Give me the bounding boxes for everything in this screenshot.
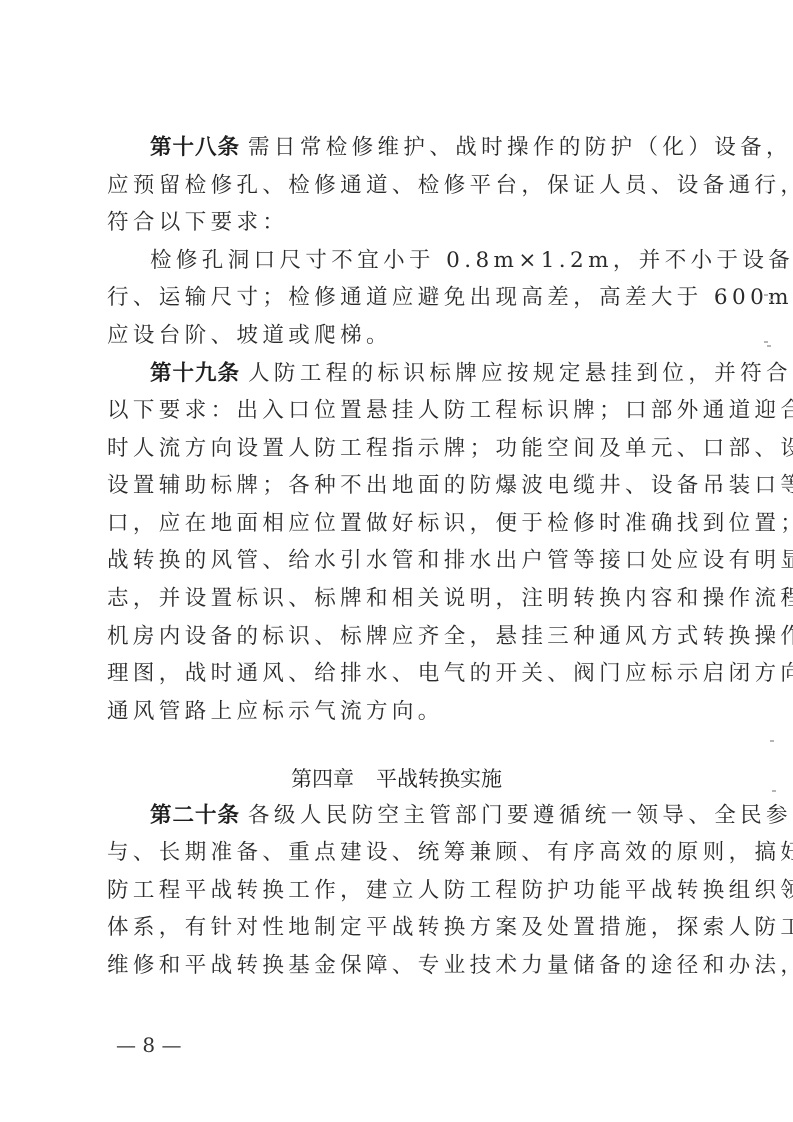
article-18-detail-line-1: 检修孔洞口尺寸不宜小于 0.8m×1.2m，并不小于设备最小通 xyxy=(150,246,697,276)
article-20-line-4: 体系，有针对性地制定平战转换方案及处置措施，探索人防工程 xyxy=(107,913,697,943)
article-20-label: 第二十条 xyxy=(150,803,240,828)
article-18-line-1: 第十八条需日常检修维护、战时操作的防护（化）设备， xyxy=(150,133,697,163)
article-19-line-9: 理图，战时通风、给排水、电气的开关、阀门应标示启闭方向， xyxy=(107,659,697,689)
document-page: 第十八条需日常检修维护、战时操作的防护（化）设备， 应预留检修孔、检修通道、检修… xyxy=(0,0,793,1122)
page-number: — 8 — xyxy=(116,1032,181,1058)
article-19-line-1: 第十九条人防工程的标识标牌应按规定悬挂到位，并符合 xyxy=(150,359,697,389)
scan-speck xyxy=(767,345,771,347)
article-19-line-7: 志，并设置标识、标牌和相关说明，注明转换内容和操作流程； xyxy=(107,584,697,614)
article-18-detail-line-3: 应设台阶、坡道或爬梯。 xyxy=(107,321,697,351)
scan-speck xyxy=(764,294,768,296)
article-20-line-2: 与、长期准备、重点建设、统筹兼顾、有序高效的原则，搞好人 xyxy=(107,838,697,868)
article-19-line-5: 口，应在地面相应位置做好标识，便于检修时准确找到位置；临 xyxy=(107,509,697,539)
article-19-line-3: 时人流方向设置人防工程指示牌；功能空间及单元、口部、设施 xyxy=(107,434,697,464)
article-19-line-6: 战转换的风管、给水引水管和排水出户管等接口处应设有明显标 xyxy=(107,546,697,576)
article-18-line-3: 符合以下要求： xyxy=(107,208,697,238)
scan-speck xyxy=(772,790,776,792)
article-19-line-8: 机房内设备的标识、标牌应齐全，悬挂三种通风方式转换操作原 xyxy=(107,622,697,652)
chapter-number: 第四章 xyxy=(291,767,354,791)
scan-speck xyxy=(764,341,768,343)
article-20-line-3: 防工程平战转换工作，建立人防工程防护功能平战转换组织领导 xyxy=(107,876,697,906)
chapter-title: 平战转换实施 xyxy=(376,767,502,791)
article-20-line-5: 维修和平战转换基金保障、专业技术力量储备的途径和办法，定 xyxy=(107,951,697,981)
article-20-line-1: 第二十条各级人民防空主管部门要遵循统一领导、全民参 xyxy=(150,801,697,831)
article-18-label: 第十八条 xyxy=(150,135,240,160)
scan-speck xyxy=(770,740,774,742)
article-18-line-2: 应预留检修孔、检修通道、检修平台，保证人员、设备通行，并 xyxy=(107,171,697,201)
article-19-label: 第十九条 xyxy=(150,361,240,386)
article-19-line-10: 通风管路上应标示气流方向。 xyxy=(107,697,697,727)
scan-speck xyxy=(769,299,773,301)
article-19-line-4: 设置辅助标牌；各种不出地面的防爆波电缆井、设备吊装口等孔 xyxy=(107,471,697,501)
article-18-detail-line-2: 行、运输尺寸；检修通道应避免出现高差，高差大于 600mm 时， xyxy=(107,283,697,313)
article-19-line-2: 以下要求：出入口位置悬挂人防工程标识牌；口部外通道迎合战 xyxy=(107,396,697,426)
chapter-heading: 第四章平战转换实施 xyxy=(0,764,793,794)
